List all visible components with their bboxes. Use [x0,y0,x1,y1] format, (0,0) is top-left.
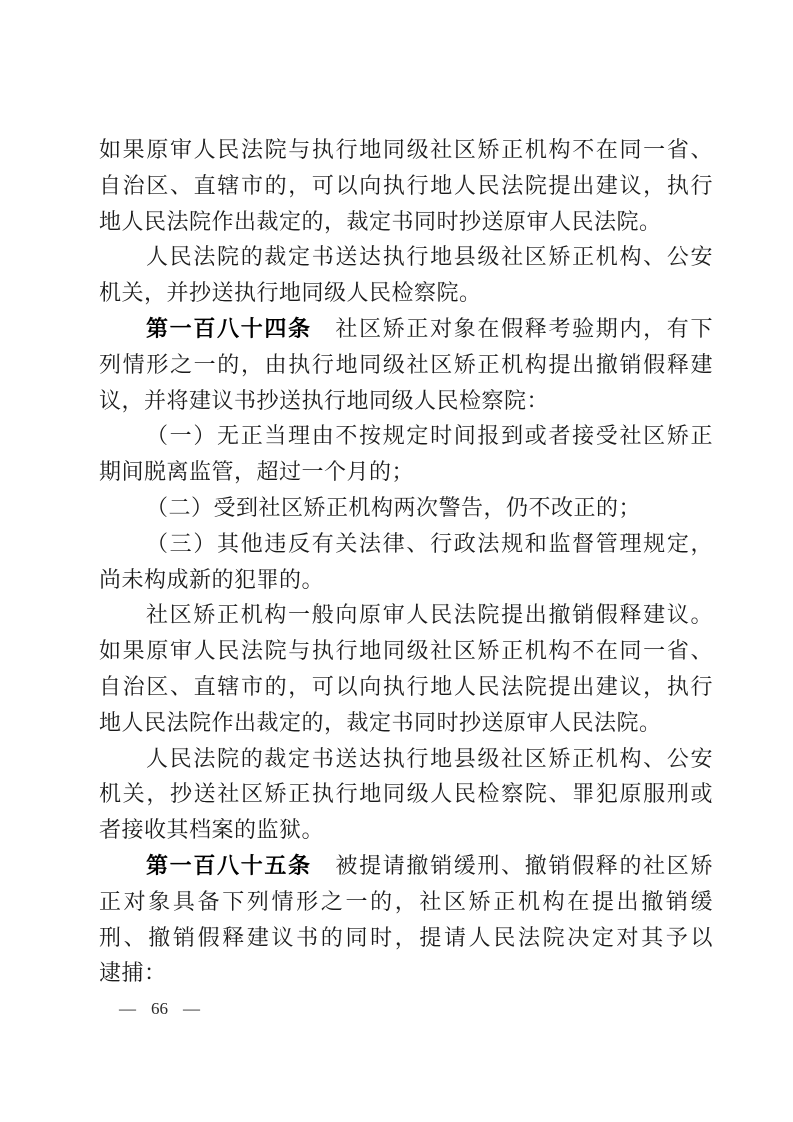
line-text: 社区矫正对象在假释考验期内，有下 [312,316,713,341]
text-line: 列情形之一的，由执行地同级社区矫正机构提出撤销假释建 [99,347,713,383]
line-text: （一）无正当理由不按规定时间报到或者接受社区矫正 [146,423,713,448]
line-text: 机关，抄送社区矫正执行地同级人民检察院、罪犯原服刑或 [99,781,713,806]
line-text: 人民法院的裁定书送达执行地县级社区矫正机构、公安 [146,746,713,771]
footer-dash-right: — [183,998,200,1020]
text-line: 第一百八十五条 被提请撤销缓刑、撤销假释的社区矫 [99,848,713,884]
article-number: 第一百八十五条 [146,853,312,878]
text-line: 如果原审人民法院与执行地同级社区矫正机构不在同一省、 [99,633,713,669]
line-text: 期间脱离监管，超过一个月的； [99,459,414,484]
text-line: 人民法院的裁定书送达执行地县级社区矫正机构、公安 [99,239,713,275]
line-text: 议，并将建议书抄送执行地同级人民检察院： [99,388,549,413]
line-text: 列情形之一的，由执行地同级社区矫正机构提出撤销假释建 [99,352,713,377]
text-line: 期间脱离监管，超过一个月的； [99,454,713,490]
line-text: 正对象具备下列情形之一的，社区矫正机构在提出撤销缓 [99,889,713,914]
page-number: 66 [151,998,168,1020]
line-text: 如果原审人民法院与执行地同级社区矫正机构不在同一省、 [99,638,713,663]
text-line: 刑、撤销假释建议书的同时，提请人民法院决定对其予以 [99,920,713,956]
line-text: 人民法院的裁定书送达执行地县级社区矫正机构、公安 [146,244,713,269]
text-line: 社区矫正机构一般向原审人民法院提出撤销假释建议。 [99,597,713,633]
text-line: 逮捕： [99,955,713,991]
line-text: 自治区、直辖市的，可以向执行地人民法院提出建议，执行 [99,173,713,198]
text-line: 如果原审人民法院与执行地同级社区矫正机构不在同一省、 [99,132,713,168]
page-footer: — 66 — [119,998,200,1020]
text-line: （二）受到社区矫正机构两次警告，仍不改正的； [99,490,713,526]
line-text: 尚未构成新的犯罪的。 [99,567,324,592]
line-text: 地人民法院作出裁定的，裁定书同时抄送原审人民法院。 [99,710,662,735]
footer-dash-left: — [119,998,136,1020]
line-text: 自治区、直辖市的，可以向执行地人民法院提出建议，执行 [99,674,713,699]
text-line: （三）其他违反有关法律、行政法规和监督管理规定， [99,526,713,562]
line-text: 地人民法院作出裁定的，裁定书同时抄送原审人民法院。 [99,209,662,234]
article-number: 第一百八十四条 [146,316,312,341]
text-block: 如果原审人民法院与执行地同级社区矫正机构不在同一省、 自治区、直辖市的，可以向执… [99,132,713,991]
line-text: 逮捕： [99,960,167,985]
text-line: 机关，并抄送执行地同级人民检察院。 [99,275,713,311]
line-text: 者接收其档案的监狱。 [99,817,324,842]
line-text: 机关，并抄送执行地同级人民检察院。 [99,280,482,305]
text-line: 自治区、直辖市的，可以向执行地人民法院提出建议，执行 [99,669,713,705]
text-line: 议，并将建议书抄送执行地同级人民检察院： [99,383,713,419]
line-text: （二）受到社区矫正机构两次警告，仍不改正的； [146,495,641,520]
text-line: 尚未构成新的犯罪的。 [99,562,713,598]
text-line: 第一百八十四条 社区矫正对象在假释考验期内，有下 [99,311,713,347]
document-page: 如果原审人民法院与执行地同级社区矫正机构不在同一省、 自治区、直辖市的，可以向执… [0,0,793,1122]
line-text: 被提请撤销缓刑、撤销假释的社区矫 [312,853,713,878]
text-line: 正对象具备下列情形之一的，社区矫正机构在提出撤销缓 [99,884,713,920]
line-text: 刑、撤销假释建议书的同时，提请人民法院决定对其予以 [99,925,713,950]
text-line: 地人民法院作出裁定的，裁定书同时抄送原审人民法院。 [99,705,713,741]
text-line: 者接收其档案的监狱。 [99,812,713,848]
text-line: 人民法院的裁定书送达执行地县级社区矫正机构、公安 [99,741,713,777]
text-line: 自治区、直辖市的，可以向执行地人民法院提出建议，执行 [99,168,713,204]
line-text: 如果原审人民法院与执行地同级社区矫正机构不在同一省、 [99,137,713,162]
text-line: （一）无正当理由不按规定时间报到或者接受社区矫正 [99,418,713,454]
line-text: 社区矫正机构一般向原审人民法院提出撤销假释建议。 [146,602,713,627]
text-line: 机关，抄送社区矫正执行地同级人民检察院、罪犯原服刑或 [99,776,713,812]
line-text: （三）其他违反有关法律、行政法规和监督管理规定， [146,531,713,556]
text-line: 地人民法院作出裁定的，裁定书同时抄送原审人民法院。 [99,204,713,240]
